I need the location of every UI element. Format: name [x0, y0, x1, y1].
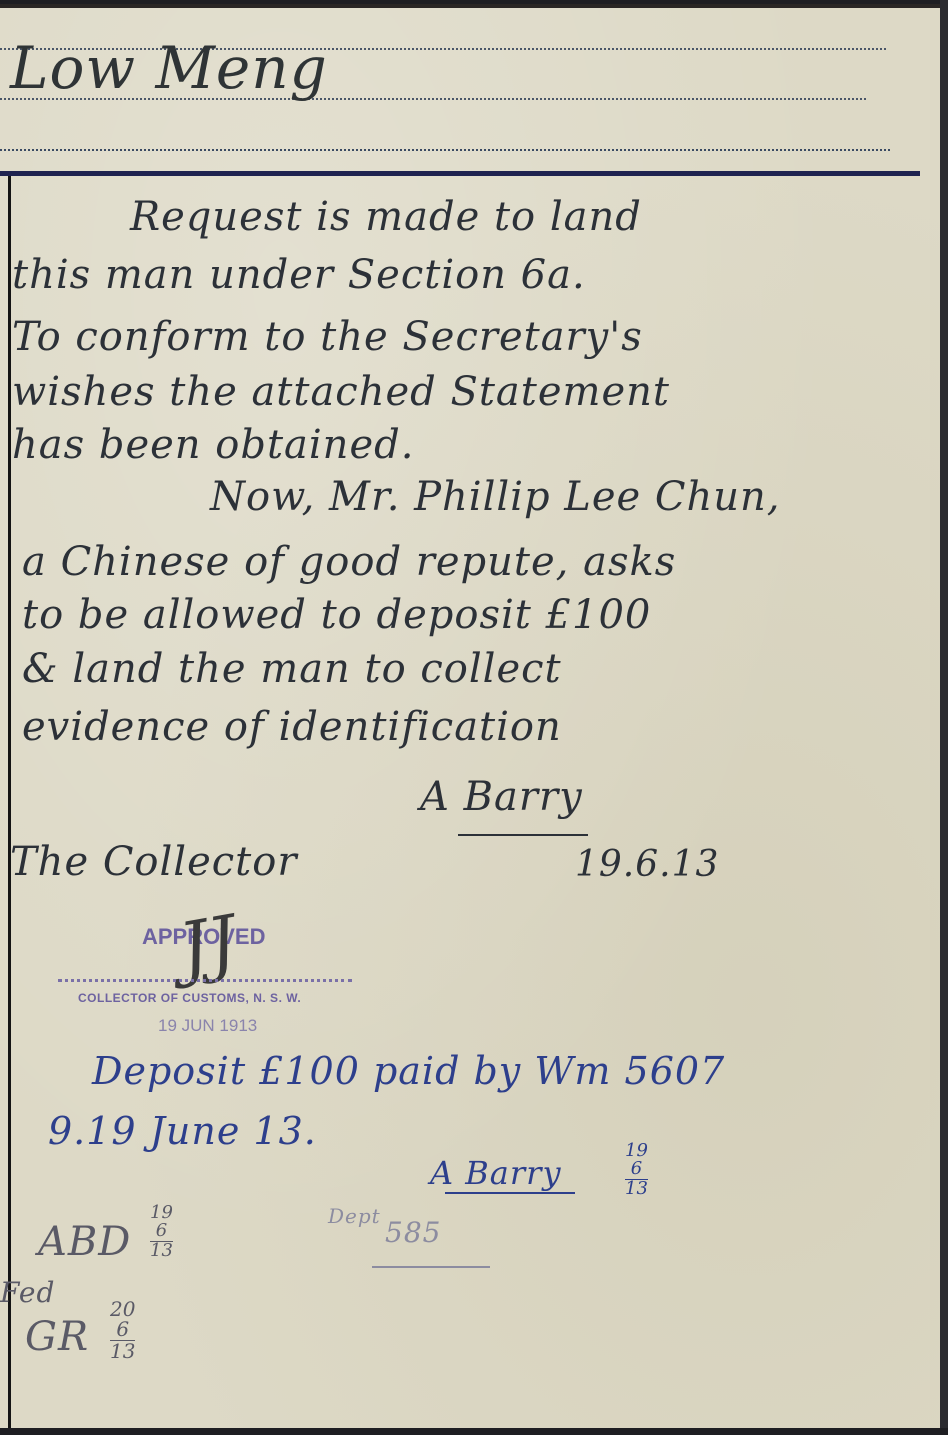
initials-annotation-2: GR	[25, 1314, 89, 1360]
dept-underline	[372, 1266, 490, 1268]
signed-date: 19.6.13	[575, 844, 719, 885]
stamp-date: 19 JUN 1913	[158, 1016, 257, 1036]
body-line: Request is made to land	[130, 194, 642, 240]
fed-annotation: Fed	[0, 1276, 55, 1309]
body-line: evidence of identification	[22, 704, 562, 750]
initials-annotation: ABD	[38, 1219, 131, 1265]
approval-initials: JJ	[173, 900, 243, 991]
subject-name: Low Meng	[10, 34, 328, 102]
deposit-note-line: 9.19 June 13.	[48, 1109, 317, 1153]
deposit-signature: A Barry	[430, 1154, 562, 1192]
document-page: Low Meng Request is made to land this ma…	[0, 4, 940, 1432]
stamp-authority: COLLECTOR OF CUSTOMS, N. S. W.	[78, 991, 301, 1005]
deposit-date: 19 6 13	[625, 1142, 648, 1199]
dept-label: Dept	[328, 1204, 381, 1228]
body-line: Now, Mr. Phillip Lee Chun,	[210, 474, 781, 520]
margin-line	[8, 176, 11, 1432]
deposit-note-line: Deposit £100 paid by Wm 5607	[92, 1049, 725, 1093]
body-line: & land the man to collect	[22, 646, 562, 692]
scan-edge-bottom	[0, 1428, 948, 1435]
body-line: this man under Section 6a.	[12, 252, 586, 298]
signature-barry: A Barry	[420, 774, 583, 820]
stamp-rule	[58, 979, 352, 982]
top-edge	[0, 4, 940, 8]
body-line: has been obtained.	[12, 422, 414, 468]
signature-underline	[458, 834, 588, 836]
body-line: To conform to the Secretary's	[12, 314, 643, 360]
ruled-line	[0, 149, 890, 151]
addressee: The Collector	[10, 839, 297, 885]
header-divider	[0, 171, 920, 176]
body-line: a Chinese of good repute, asks	[22, 539, 676, 585]
initials-date: 19 6 13	[150, 1204, 173, 1261]
dept-number: 585	[385, 1216, 441, 1249]
body-line: to be allowed to deposit £100	[22, 592, 651, 638]
initials-2-date: 20 6 13	[110, 1299, 135, 1362]
body-line: wishes the attached Statement	[12, 369, 670, 415]
scan-edge-right	[940, 0, 948, 1435]
deposit-signature-underline	[445, 1192, 575, 1194]
